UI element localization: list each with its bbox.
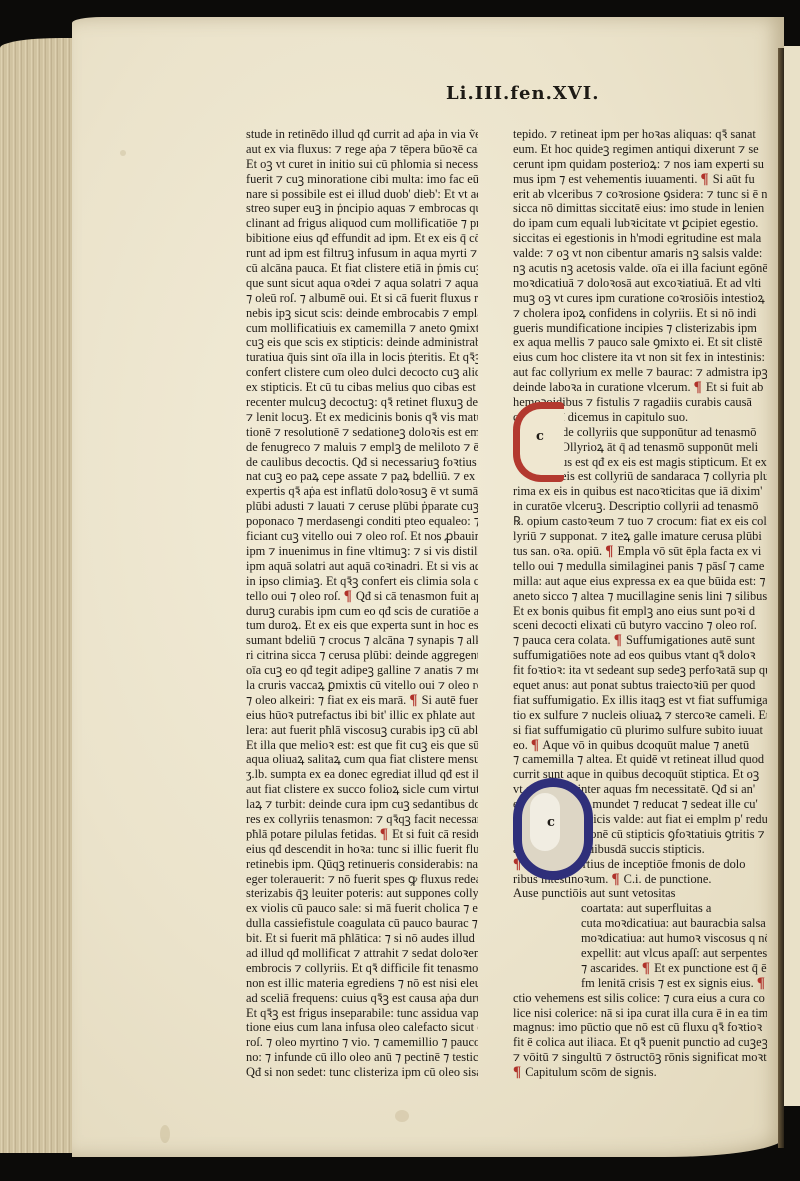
text-line: ctio vehemens est silis colice: ⁊ cura e… <box>513 991 767 1006</box>
text-line: sterizabis q̄ꝫ leuiter poteris: aut supp… <box>246 886 478 901</box>
text-line: ficiant cuꝫ vitello oui ⁊ oleo roſ. Et n… <box>246 529 478 544</box>
text-line: runt ad ipm est filtruꝫ infusum in aqua … <box>246 246 478 261</box>
text-line: ex stipticis. Et cū tu cibas melius quo … <box>246 380 478 395</box>
pilcrow-rubric-icon: ¶ <box>409 693 417 708</box>
text-line: nat cuꝫ eo paꝝ cepe assate ⁊ paꝝ bdelliū… <box>246 469 478 484</box>
text-line: fiat suffumigatio. Ex illis itaqꝫ est vt… <box>513 693 767 708</box>
text-line: eius hūoꝛ putrefactus ibi bit' illic ex … <box>246 708 478 723</box>
text-line: cuꝫ eis que scis ex stipticis: deinde ad… <box>246 335 478 350</box>
text-line: Ause punctiōis aut sunt vetositas <box>513 886 767 901</box>
text-line: recenter mulcuꝫ decoctuꝫ: qꝛ̄ retinet fl… <box>246 395 478 410</box>
text-line: embrocis ⁊ collyriis. Et qꝛ̄ difficile f… <box>246 961 478 976</box>
text-line: si fiat suffumigatio cū plurimo sulfure … <box>513 723 767 738</box>
text-line: eum. Et hoc quideꝫ regimen antiqui dixer… <box>513 142 767 157</box>
text-line: milla: aut aque eius expressa ex ea que … <box>513 574 767 589</box>
text-line: expertis qꝛ̄ aṗa est inflatū doloꝛosuꝫ ē… <box>246 484 478 499</box>
text-line: eo. ¶ Aque vō in quibus dcoquūt malue ⁊ … <box>513 738 767 753</box>
text-line: equet anus: aut ponat subtus traiectoꝛiū… <box>513 678 767 693</box>
decorated-initial-red: c <box>513 402 564 482</box>
text-line: moꝛdicatiua: aut humoꝛ viscosus q nō <box>513 931 767 946</box>
paper-stain <box>395 1110 409 1122</box>
text-line: ¶ Capitulum scōm de signis. <box>513 1065 767 1080</box>
text-line: no: ⁊ infunde cū illo oleo anū ⁊ pectinē… <box>246 1050 478 1065</box>
text-line: tus san. oꝛa. opiū. ¶ Empla vō sūt ēpla … <box>513 544 767 559</box>
text-line: bit. Et si fuerit mā pħlātica: ⁊ si nō a… <box>246 931 478 946</box>
decorated-initial-blue: c <box>513 778 593 880</box>
text-line: eger tolerauerit: ⁊ nō fuerit spes ꝙ flu… <box>246 872 478 887</box>
pilcrow-rubric-icon: ¶ <box>605 544 613 559</box>
text-line: deinde laboꝛa in curatione vlcerum. ¶ Et… <box>513 380 767 395</box>
text-line: duruꝫ curabis ipm cum eo qđ scis de cura… <box>246 604 478 619</box>
text-line: eius cum hoc clistere ita vt non sit fex… <box>513 350 767 365</box>
text-line: la cruris vaccaꝝ ꝑmixtis cū vitello oui … <box>246 678 478 693</box>
text-line: stude in retinēdo illud qđ currit ad aṗa… <box>246 127 478 142</box>
text-line: Et ex bonis quibus fit emplꝫ ano eius su… <box>513 604 767 619</box>
text-line: aut fac collyrium ex melle ⁊ baurac: ⁊ a… <box>513 365 767 380</box>
book-fore-edge <box>0 38 74 1153</box>
text-line: nꝫ acutis nꝫ acetosis valde. oīa ei illa… <box>513 261 767 276</box>
text-line: bibitione eius qđ effundit ad ipm. Et ex… <box>246 231 478 246</box>
text-line: de fenugreco ⁊ maluis ⁊ emplꝫ de melilot… <box>246 440 478 455</box>
facing-page-edge <box>784 46 800 1106</box>
text-line: moꝛdicatiuā ⁊ doloꝛosā aut excoꝛiatiuā. … <box>513 276 767 291</box>
text-line: ⁊ vōitū ⁊ singultū ⁊ ōstructōꝫ rōnis sig… <box>513 1050 767 1065</box>
text-line: roſ. ⁊ oleo myrtino ⁊ vio. ⁊ camemillio … <box>246 1035 478 1050</box>
text-line: tum duroꝝ. Et ex eis que experta sunt in… <box>246 618 478 633</box>
text-line: tione eius cum lana infusa oleo calefact… <box>246 1020 478 1035</box>
text-line: gueris mundificatione incipies ⁊ clister… <box>513 321 767 336</box>
pilcrow-rubric-icon: ¶ <box>380 827 388 842</box>
text-line: tello oui ⁊ medulla similaginei panis ⁊ … <box>513 559 767 574</box>
text-line: valde: ⁊ oꝫ vt non cibentur amaris nꝫ sa… <box>513 246 767 261</box>
text-line: fit foꝛtioꝛ: ita vt sedeant sup sedeꝫ pe… <box>513 663 767 678</box>
text-line: clinant ad frigus aliquod cum mollificat… <box>246 216 478 231</box>
paper-stain <box>120 150 126 156</box>
text-line: tionē ⁊ resolutionē ⁊ sedationeꝫ doloꝛis… <box>246 425 478 440</box>
pilcrow-rubric-icon: ¶ <box>344 589 352 604</box>
text-line: aneto sicco ⁊ altea ⁊ mucillagine senis … <box>513 589 767 604</box>
text-line: ⁊ lenit locuꝫ. Et ex medicinis bonis qꝛ̄… <box>246 410 478 425</box>
text-line: magnus: imo pūctio que nō est cū fluxu q… <box>513 1020 767 1035</box>
text-line: ad sceliā frequens: cuius qꝛ̄ꝫ est causa… <box>246 991 478 1006</box>
pilcrow-rubric-icon: ¶ <box>701 172 709 187</box>
text-line: in ipso climiaꝫ. Et qꝛ̄ꝫ confert eis cli… <box>246 574 478 589</box>
running-head: Li.III.fen.XVI. <box>446 83 599 104</box>
text-line: cerunt ipm quidam posterioꝝ: ⁊ nos iam e… <box>513 157 767 172</box>
text-line: cum mollificatiuis ex camemilla ⁊ aneto … <box>246 321 478 336</box>
text-line: aut ex via fluxus: ⁊ rege aṗa ⁊ tēpera b… <box>246 142 478 157</box>
text-column-left: stude in retinēdo illud qđ currit ad aṗa… <box>246 127 478 1080</box>
guide-letter: c <box>536 429 544 444</box>
text-line: mus ipm ⁊ est vehementis iuuamenti. ¶ Si… <box>513 172 767 187</box>
text-line: in curatōe vlceruꝫ. Descriptio collyrii … <box>513 499 767 514</box>
text-line: expellit: aut vlcus apaſſ: aut serpentes <box>513 946 767 961</box>
text-line: fit ē colica aut iliaca. Et qꝛ̄ puenit p… <box>513 1035 767 1050</box>
text-line: retinebis ipm. Qūqꝫ retinueris considera… <box>246 857 478 872</box>
text-line: nebis ipꝫ sicut scis: deinde embrocabis … <box>246 306 478 321</box>
text-line: ⁊ oleo alkeiri: ⁊ fiat ex eis marā. ¶ Si… <box>246 693 478 708</box>
paper-stain <box>160 1125 170 1143</box>
text-line: ⁊ cholera ipoꝝ confidens in colyriis. Et… <box>513 306 767 321</box>
text-line: ri citrina sicca ⁊ cerusa plūbi: deinde … <box>246 648 478 663</box>
text-line: poponaco ⁊ merdasengi conditi pteo equal… <box>246 514 478 529</box>
text-line: sumant bdeliū ⁊ crocus ⁊ alcāna ⁊ synapi… <box>246 633 478 648</box>
pilcrow-rubric-icon: ¶ <box>614 633 622 648</box>
text-line: rima ex eis in quibus est nacoꝛticitas q… <box>513 484 767 499</box>
text-line: Et oꝫ vt curet in initio sui cū pħlomia … <box>246 157 478 172</box>
text-line: nare si possibile est ei illud duob' die… <box>246 187 478 202</box>
text-line: lyriū ⁊ supponat. ⁊ iteꝝ galle imature c… <box>513 529 767 544</box>
text-line: do ipam cum equali lubꝛicitate vt ꝑcipie… <box>513 216 767 231</box>
text-line: tio ex sulfure ⁊ nucleis oliuaꝝ ⁊ sterco… <box>513 708 767 723</box>
text-line: sicca nō dimittas siccitatē eius: imo st… <box>513 201 767 216</box>
initial-infill <box>530 793 560 851</box>
text-line: laꝝ ⁊ turbit: deinde cura ipm cuꝫ sedant… <box>246 797 478 812</box>
pilcrow-rubric-icon: ¶ <box>513 1065 521 1080</box>
text-line: Qđ si non sedet: tunc clisteriza ipm cū … <box>246 1065 478 1080</box>
text-line: ipm aquā solatri aut aquā coꝛinadri. Et … <box>246 559 478 574</box>
text-line: turatiua q̄uis sint oīa illa in locis ṗt… <box>246 350 478 365</box>
text-line: que sunt sicut aqua oꝛdei ⁊ aqua solatri… <box>246 276 478 291</box>
text-line: tello oui ⁊ oleo roſ. ¶ Qđ si cā tenasmo… <box>246 589 478 604</box>
text-line: ⁊ ascarides. ¶ Et ex punctione est q̄ ē <box>513 961 767 976</box>
text-line: aut fiat clistere ex succo folioꝝ sicle … <box>246 782 478 797</box>
text-line: ex aqua mellis ⁊ pauco sale ꝯmixto ei. E… <box>513 335 767 350</box>
text-line: ⁊ pauca cera colata. ¶ Suffumigationes a… <box>513 633 767 648</box>
text-line: fm lenitā crisis ⁊ est ex signis eius. ¶… <box>513 976 767 991</box>
text-line: ⁊ oleū roſ. ⁊ albumē oui. Et si cā fueri… <box>246 291 478 306</box>
text-line: coartata: aut superfluitas a <box>513 901 767 916</box>
text-line: Et illa que melioꝛ est: est que fit cuꝫ … <box>246 738 478 753</box>
text-line: fuerit ⁊ cuꝫ minoratione cibi multa: imo… <box>246 172 478 187</box>
text-line: ipm ⁊ inuenimus in fine vltimuꝫ: ⁊ si vi… <box>246 544 478 559</box>
text-line: pħlā potare pilulas fetidas. ¶ Et si fui… <box>246 827 478 842</box>
pilcrow-rubric-icon: ¶ <box>611 872 619 887</box>
text-line: cū alcāna pauca. Et fiat clistere etiā i… <box>246 261 478 276</box>
pilcrow-rubric-icon: ¶ <box>757 976 765 991</box>
guide-letter: c <box>547 815 555 830</box>
text-line: Et qꝛ̄ꝫ est frigus inseparabile: tunc as… <box>246 1006 478 1021</box>
text-line: dulla cassiefistule coagulata cū pauco b… <box>246 916 478 931</box>
pilcrow-rubric-icon: ¶ <box>694 380 702 395</box>
text-line: eius qđ descendit in hoꝛa: tunc si illic… <box>246 842 478 857</box>
text-line: non est illic materia egrediens ⁊ nō est… <box>246 976 478 991</box>
text-line: sceni decocti elixati cū butyro vaccino … <box>513 618 767 633</box>
text-line: ex violis cū pauco sale: si mā fuerit ch… <box>246 901 478 916</box>
text-line: siccitas ei egestionis in h'modi egritud… <box>513 231 767 246</box>
text-line: confert clistere cum oleo dulci decocto … <box>246 365 478 380</box>
text-line: lera: aut fuerit pħlā viscosuꝫ curabis i… <box>246 723 478 738</box>
text-line: de caulibus decoctis. Qđ si necessariuꝫ … <box>246 455 478 470</box>
text-column-right: tepido. ⁊ retineat ipm per hoꝛas aliquas… <box>513 127 767 1080</box>
text-line: ⁊ camemilla ⁊ altea. Et quidē vt retinea… <box>513 752 767 767</box>
text-line: lice nisi colerice: nā si ipa curat illa… <box>513 1006 767 1021</box>
text-line: suffumigatiōes note ad eos quibus vtant … <box>513 648 767 663</box>
text-line: erit ab vlceribus ⁊ coꝛrosione ꝯsidera: … <box>513 187 767 202</box>
text-line: muꝫ oꝫ vt cures ipm curatione coꝛrosiōis… <box>513 291 767 306</box>
text-line: tepido. ⁊ retineat ipm per hoꝛas aliquas… <box>513 127 767 142</box>
text-line: ʒ.lb. sumpta ex ea donec egrediat illud … <box>246 767 478 782</box>
text-line: ℞. opium castoꝛeum ⁊ tuo ⁊ crocum: fiat … <box>513 514 767 529</box>
pilcrow-rubric-icon: ¶ <box>531 738 539 753</box>
text-line: oīa cuꝫ eo qđ tegit adipeꝫ galline ⁊ ana… <box>246 663 478 678</box>
text-line: res ex collyriis tenasmon: ⁊ qꝛ̄qꝫ facit… <box>246 812 478 827</box>
text-line: streo super euꝫ in ṗncipio aquas ⁊ embro… <box>246 201 478 216</box>
text-line: cuta moꝛdicatiua: aut bauracbia salsa <box>513 916 767 931</box>
pilcrow-rubric-icon: ¶ <box>642 961 650 976</box>
text-line: ad illud qđ mollificat ⁊ attrahit ⁊ seda… <box>246 946 478 961</box>
text-line: plūbi adusti ⁊ lauati ⁊ ceruse plūbi ṗpa… <box>246 499 478 514</box>
text-line: aqua oliuaꝝ salitaꝝ cum qua fiat clister… <box>246 752 478 767</box>
